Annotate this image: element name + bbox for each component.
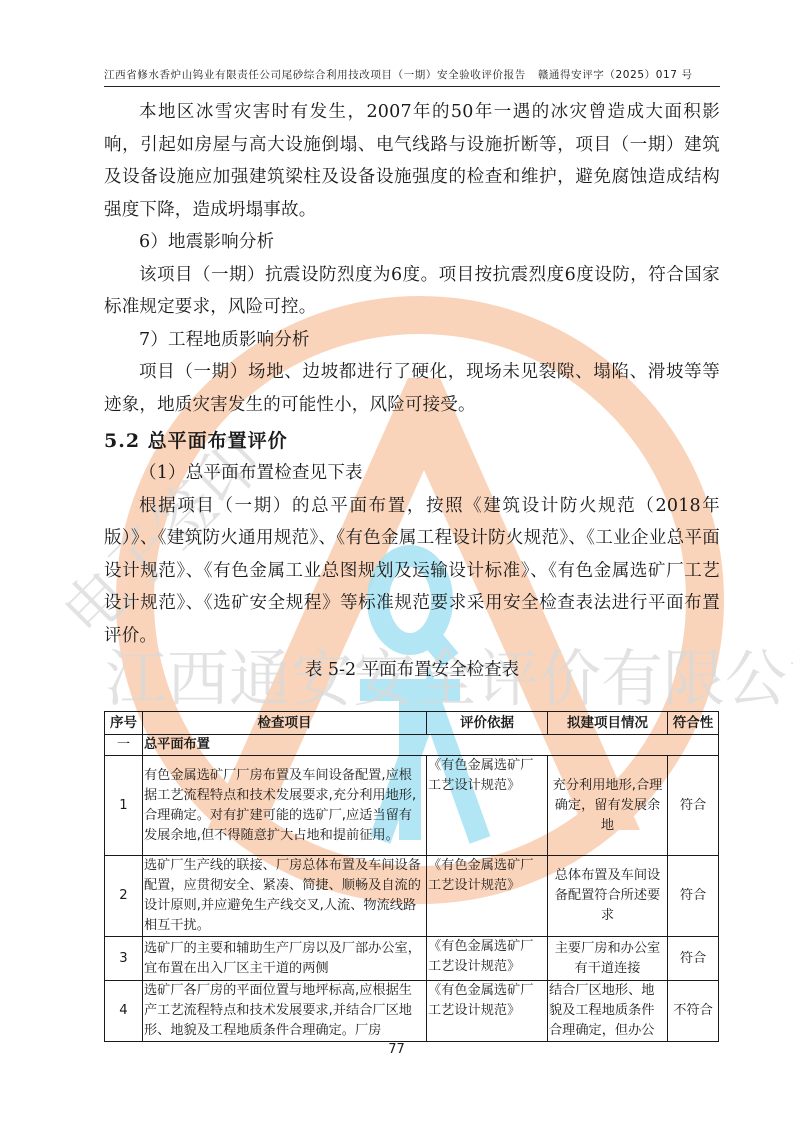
subheading-layout-check: （1）总平面布置检查见下表 [104, 457, 720, 490]
row-no: 4 [105, 981, 143, 1042]
row-conformity: 符合 [668, 937, 719, 981]
header-doc-number: 赣通得安评字（2025）017 号 [538, 66, 693, 84]
row-conformity: 符合 [668, 756, 719, 856]
row-item: 选矿厂生产线的联接、厂房总体布置及车间设备配置，应贯彻安全、紧凑、简捷、顺畅及自… [143, 856, 427, 937]
paragraph-layout-basis: 根据项目（一期）的总平面布置，按照《建筑设计防火规范（2018年版）》、《建筑防… [104, 490, 720, 653]
layout-safety-checklist-table: 序号 检查项目 评价依据 拟建项目情况 符合性 一 总平面布置 1 有色金属选矿… [104, 711, 719, 1042]
table-row: 1 有色金属选矿厂厂房布置及车间设备配置,应根据工艺流程特点和技术发展要求,充分… [105, 756, 719, 856]
table-row: 3 选矿厂的主要和辅助生产厂房以及厂部办公室，宜布置在出入厂区主干道的两侧 《有… [105, 937, 719, 981]
row-item: 选矿厂的主要和辅助生产厂房以及厂部办公室，宜布置在出入厂区主干道的两侧 [143, 937, 427, 981]
row-basis: 《有色金属选矿厂工艺设计规范》 [427, 981, 548, 1042]
row-no: 1 [105, 756, 143, 856]
row-item: 选矿厂各厂房的平面位置与地坪标高,应根据生产工艺流程特点和技术发展要求,并结合厂… [143, 981, 427, 1042]
document-body: 本地区冰雪灾害时有发生，2007年的50年一遇的冰灾曾造成大面积影响，引起如房屋… [104, 96, 720, 686]
row-conformity: 不符合 [668, 981, 719, 1042]
table-caption: 表 5-2 平面布置安全检查表 [104, 654, 720, 686]
row-basis: 《有色金属选矿厂工艺设计规范》 [427, 937, 548, 981]
row-status: 充分利用地形,合理确定，留有发展余地 [548, 756, 668, 856]
header-no: 序号 [105, 712, 143, 735]
section-label: 总平面布置 [143, 735, 719, 756]
paragraph-geology: 项目（一期）场地、边坡都进行了硬化，现场未见裂隙、塌陷、滑坡等等迹象，地质灾害发… [104, 356, 720, 421]
paragraph-ice-disaster: 本地区冰雪灾害时有发生，2007年的50年一遇的冰灾曾造成大面积影响，引起如房屋… [104, 96, 720, 226]
row-basis: 《有色金属选矿厂工艺设计规范》 [427, 756, 548, 856]
header-status: 拟建项目情况 [548, 712, 668, 735]
running-header: 江西省修水香炉山钨业有限责任公司尾砂综合利用技改项目（一期）安全验收评价报告赣通… [104, 66, 720, 87]
row-status: 主要厂房和办公室有干道连接 [548, 937, 668, 981]
subheading-earthquake: 6）地震影响分析 [104, 226, 720, 259]
row-no: 2 [105, 856, 143, 937]
section-heading: 5.2 总平面布置评价 [104, 425, 720, 457]
section-no: 一 [105, 735, 143, 756]
page-number: 77 [0, 1042, 793, 1057]
table-header-row: 序号 检查项目 评价依据 拟建项目情况 符合性 [105, 712, 719, 735]
row-status: 结合厂区地形、地貌及工程地质条件合理确定，但办公 [548, 981, 668, 1042]
header-title: 江西省修水香炉山钨业有限责任公司尾砂综合利用技改项目（一期）安全验收评价报告 [104, 66, 526, 84]
row-item: 有色金属选矿厂厂房布置及车间设备配置,应根据工艺流程特点和技术发展要求,充分利用… [143, 756, 427, 856]
row-no: 3 [105, 937, 143, 981]
header-conformity: 符合性 [668, 712, 719, 735]
subheading-geology: 7）工程地质影响分析 [104, 324, 720, 357]
table-row: 4 选矿厂各厂房的平面位置与地坪标高,应根据生产工艺流程特点和技术发展要求,并结… [105, 981, 719, 1042]
row-status: 总体布置及车间设备配置符合所述要求 [548, 856, 668, 937]
header-basis: 评价依据 [427, 712, 548, 735]
table-section-row: 一 总平面布置 [105, 735, 719, 756]
row-conformity: 符合 [668, 856, 719, 937]
header-item: 检查项目 [143, 712, 427, 735]
paragraph-earthquake: 该项目（一期）抗震设防烈度为6度。项目按抗震烈度6度设防，符合国家标准规定要求，… [104, 259, 720, 324]
row-basis: 《有色金属选矿厂工艺设计规范》 [427, 856, 548, 937]
table-row: 2 选矿厂生产线的联接、厂房总体布置及车间设备配置，应贯彻安全、紧凑、简捷、顺畅… [105, 856, 719, 937]
